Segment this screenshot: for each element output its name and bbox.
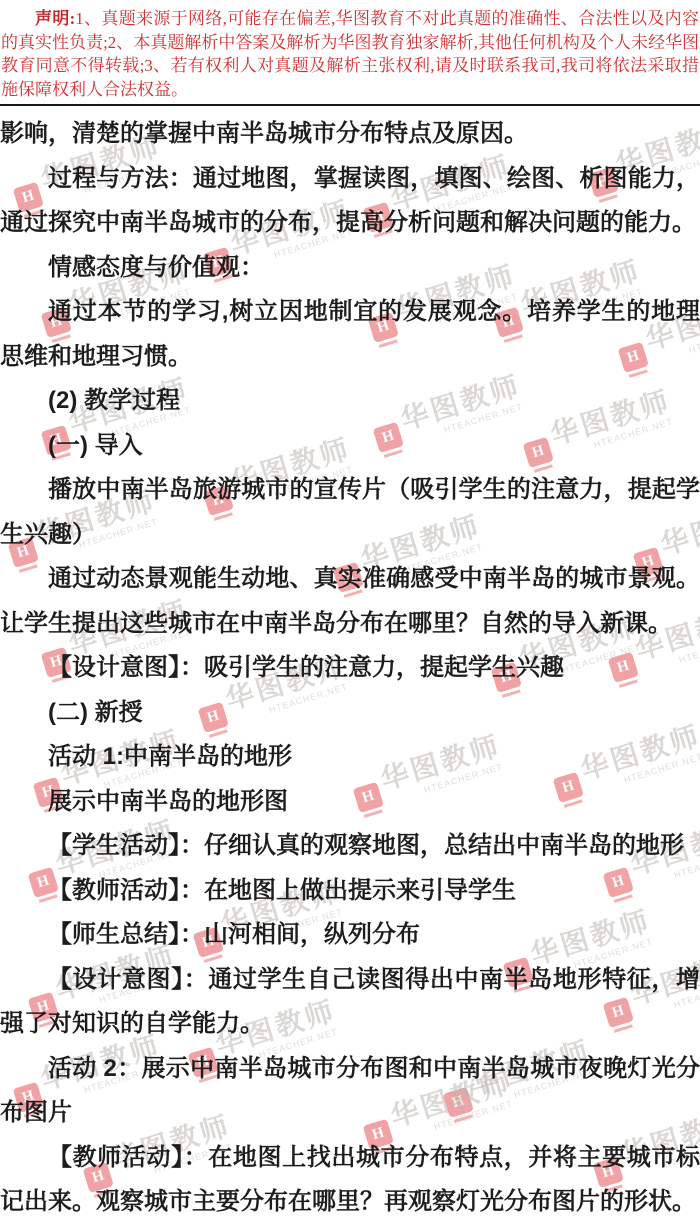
- disclaimer-text: 1、真题来源于网络,可能存在偏差,华图教育不对此真题的准确性、合法性以及内容的真…: [1, 9, 699, 99]
- paragraph: 通过本节的学习,树立因地制宜的发展观念。培养学生的地理思维和地理习惯。: [0, 290, 700, 379]
- paragraph: 活动 2：展示中南半岛城市分布图和中南半岛城市夜晚灯光分布图片: [0, 1047, 700, 1136]
- paragraph: 【教师活动】：在地图上找出城市分布特点，并将主要城市标记出来。观察城市主要分布在…: [0, 1136, 700, 1218]
- divider-rule: [0, 104, 700, 106]
- paragraph: 【教师活动】：在地图上做出提示来引导学生: [0, 869, 700, 914]
- document-content: 声明:1、真题来源于网络,可能存在偏差,华图教育不对此真题的准确性、合法性以及内…: [0, 0, 700, 1218]
- paragraph: 【设计意图】：吸引学生的注意力，提起学生兴趣: [0, 646, 700, 691]
- paragraph: (二) 新授: [0, 691, 700, 736]
- paragraph: 通过动态景观能生动地、真实准确感受中南半岛的城市景观。让学生提出这些城市在中南半…: [0, 557, 700, 646]
- paragraph: 展示中南半岛的地形图: [0, 780, 700, 825]
- document-page: H 华图教师 HTEACHER.NET H 华图教师 HTEACHER.NET …: [0, 0, 700, 1218]
- disclaimer-label: 声明:: [35, 9, 75, 28]
- paragraph: 【设计意图】：通过学生自己读图得出中南半岛地形特征，增强了对知识的自学能力。: [0, 958, 700, 1047]
- paragraph: 【学生活动】：仔细认真的观察地图，总结出中南半岛的地形: [0, 824, 700, 869]
- disclaimer: 声明:1、真题来源于网络,可能存在偏差,华图教育不对此真题的准确性、合法性以及内…: [0, 0, 700, 101]
- paragraph: (2) 教学过程: [0, 379, 700, 424]
- paragraph: 活动 1:中南半岛的地形: [0, 735, 700, 780]
- document-body: 影响，清楚的掌握中南半岛城市分布特点及原因。过程与方法：通过地图，掌握读图，填图…: [0, 112, 700, 1218]
- paragraph: 【师生总结】：山河相间，纵列分布: [0, 913, 700, 958]
- paragraph: 情感态度与价值观：: [0, 246, 700, 291]
- paragraph: 播放中南半岛旅游城市的宣传片（吸引学生的注意力，提起学生兴趣）: [0, 468, 700, 557]
- paragraph: (一) 导入: [0, 424, 700, 469]
- paragraph: 影响，清楚的掌握中南半岛城市分布特点及原因。: [0, 112, 700, 157]
- paragraph: 过程与方法：通过地图，掌握读图，填图、绘图、析图能力，通过探究中南半岛城市的分布…: [0, 157, 700, 246]
